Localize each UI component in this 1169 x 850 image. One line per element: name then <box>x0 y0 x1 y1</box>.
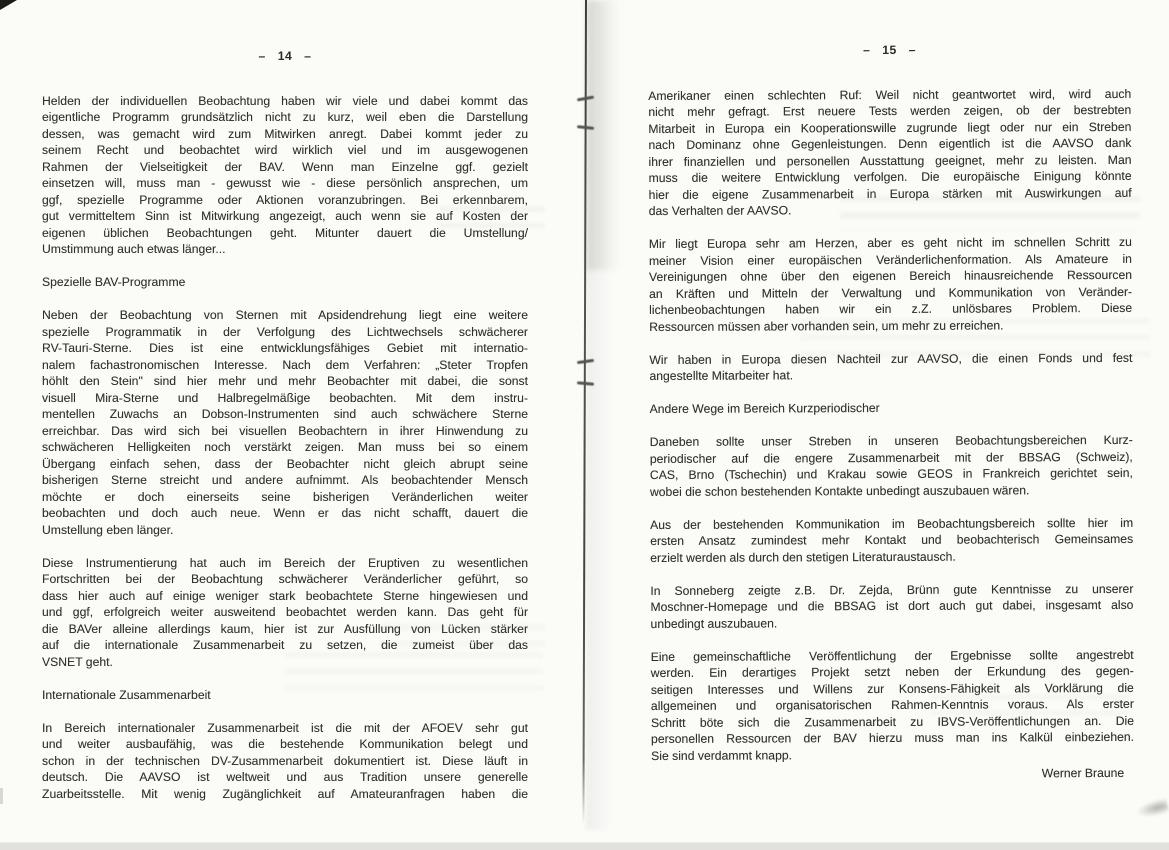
text-line: ihrer finanziellen und personellen Ausst… <box>648 151 1131 170</box>
text-line: personellen Ressourcen der BAV hierzu mu… <box>651 729 1134 748</box>
page-body: Amerikaner einen schlechten Ruf: Weil ni… <box>648 85 1134 764</box>
text-line: Mitarbeit in Europa ein Kooperationswill… <box>648 118 1131 137</box>
text-line: Übergang einfach sehen, dass der Beobach… <box>42 456 528 473</box>
text-line: Rahmen der Vielseitigkeit der BAV. Wenn … <box>42 159 528 176</box>
text-line: Neben der Beobachtung von Sternen mit Ap… <box>42 307 528 324</box>
bleedthrough-smudge <box>840 196 1140 230</box>
page-15: – 15 – Amerikaner einen schlechten Ruf: … <box>648 41 1134 783</box>
text-line: In Bereich internationaler Zusammenarbei… <box>42 720 528 737</box>
text-line: Umstimmung auch etwas länger... <box>42 241 528 258</box>
text-line: unbedingt auszubauen. <box>650 613 1133 632</box>
text-line: muss die weitere Entwicklung verfolgen. … <box>649 168 1132 187</box>
text-line: schwächeren Helligkeiten noch verstärkt … <box>42 439 528 456</box>
text-line: eigentliche Programm grundsätzlich nicht… <box>42 109 528 126</box>
text-line: Moschner-Homepage und die BBSAG ist dort… <box>650 597 1133 616</box>
section-heading: Andere Wege im Bereich Kurzperiodischer <box>650 399 1133 418</box>
paragraph: Aus der bestehenden Kommunikation im Beo… <box>650 514 1133 566</box>
fold-shadow <box>586 0 612 830</box>
paragraph: Daneben sollte unser Streben in unseren … <box>650 432 1133 500</box>
page-number: – 15 – <box>648 41 1131 60</box>
text-line: dass hier auch auf einige weniger stark … <box>42 588 528 605</box>
text-line: bisherigen Sterne streicht und andere au… <box>42 472 528 489</box>
bleedthrough-smudge <box>800 318 1150 358</box>
bleedthrough-smudge <box>380 624 545 650</box>
scanned-document-spread: – 14 – Helden der individuellen Beobacht… <box>0 0 1169 850</box>
text-line: werden. Ein derartiges Projekt setzt neb… <box>651 663 1134 682</box>
text-line: und weiter ausbaufähig, was die bestehen… <box>42 736 528 753</box>
edge-smudge <box>0 788 3 804</box>
paragraph: In Bereich internationaler Zusammenarbei… <box>42 720 528 803</box>
text-line: schon in der technischen DV-Zusammenarbe… <box>42 753 528 770</box>
text-line: mentellen Zuwachs an Dobson-Instrumenten… <box>42 406 528 423</box>
text-line: Zuarbeitsstelle. Mit wenig Zugänglichkei… <box>42 786 528 803</box>
text-line: beobachten und doch auch neue. Wenn er d… <box>42 505 528 522</box>
text-line: deutsch. Die AAVSO ist weltweit und aus … <box>42 769 528 786</box>
text-line: einsetzen will, muss man - gewusst wie -… <box>42 175 528 192</box>
binding-stitch <box>577 381 594 385</box>
scanner-edge-strip <box>0 843 1169 850</box>
text-line: spezielle Programmatik in der Verfolgung… <box>42 324 528 341</box>
text-line: erzielt werden als durch den stetigen Li… <box>650 547 1133 566</box>
paragraph: Neben der Beobachtung von Sternen mit Ap… <box>42 307 528 538</box>
text-line: seinem Recht und beobachtet wird wirklic… <box>42 142 528 159</box>
text-line: und ggf, erfolgreich weiter ausweitend b… <box>42 604 528 621</box>
text-line: Sie sind verdammt knapp. <box>651 745 1134 764</box>
page-14: – 14 – Helden der individuellen Beobacht… <box>42 48 528 819</box>
text-line: Daneben sollte unser Streben in unseren … <box>650 432 1133 451</box>
text-line: nach Dominanz ohne Gegenleistungen. Denn… <box>648 135 1131 154</box>
corner-scan-mark <box>0 0 17 10</box>
text-line: CAS, Brno (Tschechin) und Krakau sowie G… <box>650 465 1133 484</box>
text-line: angestellte Mitarbeiter hat. <box>649 366 1132 385</box>
text-line: nalem fachastronomischen Interesse. Nach… <box>42 357 528 374</box>
page-number: – 14 – <box>42 48 528 65</box>
bleedthrough-smudge <box>440 206 545 234</box>
text-line: erreichbar. Das wird sich bei visuellen … <box>42 423 528 440</box>
text-line: höhlt den Stein" sind hier mehr und mehr… <box>42 373 528 390</box>
section-heading: Spezielle BAV-Programme <box>42 274 528 291</box>
text-line: Eine gemeinschaftliche Veröffentlichung … <box>651 646 1134 665</box>
text-line: Umstellung eben länger. <box>42 522 528 539</box>
bleedthrough-smudge <box>930 694 1130 716</box>
text-line: visuell Mira-Sterne und Halbregelmäßige … <box>42 390 528 407</box>
text-line: RV-Tauri-Sterne. Dies ist eine entwicklu… <box>42 340 528 357</box>
bleedthrough-smudge <box>285 652 543 694</box>
text-line: möchte er doch einerseits seine bisherig… <box>42 489 528 506</box>
text-line: Vereinigungen ohne über den eigenen Bere… <box>649 267 1132 286</box>
text-line: Diese Instrumentierung hat auch im Berei… <box>42 555 528 572</box>
text-line: Mir liegt Europa sehr am Herzen, aber es… <box>649 234 1132 253</box>
text-line: dessen, was gemacht wird zum Mitwirken a… <box>42 126 528 143</box>
text-line: Amerikaner einen schlechten Ruf: Weil ni… <box>648 85 1131 104</box>
text-line: Fortschritten bei der Beobachtung schwäc… <box>42 571 528 588</box>
page-curl-mark <box>1135 797 1169 820</box>
text-line: wobei die schon bestehenden Kontakte unb… <box>650 481 1133 500</box>
page-body: Helden der individuellen Beobachtung hab… <box>42 93 528 803</box>
text-line: lichenbeobachtungen haben wir ein z.Z. u… <box>649 300 1132 319</box>
text-line: ersten Ansatz zumindest mehr Kontakt und… <box>650 531 1133 550</box>
paragraph: In Sonneberg zeigte z.B. Dr. Zejda, Brün… <box>650 580 1133 632</box>
signature: Werner Braune <box>651 764 1134 783</box>
text-line: nicht mehr gefragt. Erst neuere Tests we… <box>648 102 1131 121</box>
text-line: Helden der individuellen Beobachtung hab… <box>42 93 528 110</box>
